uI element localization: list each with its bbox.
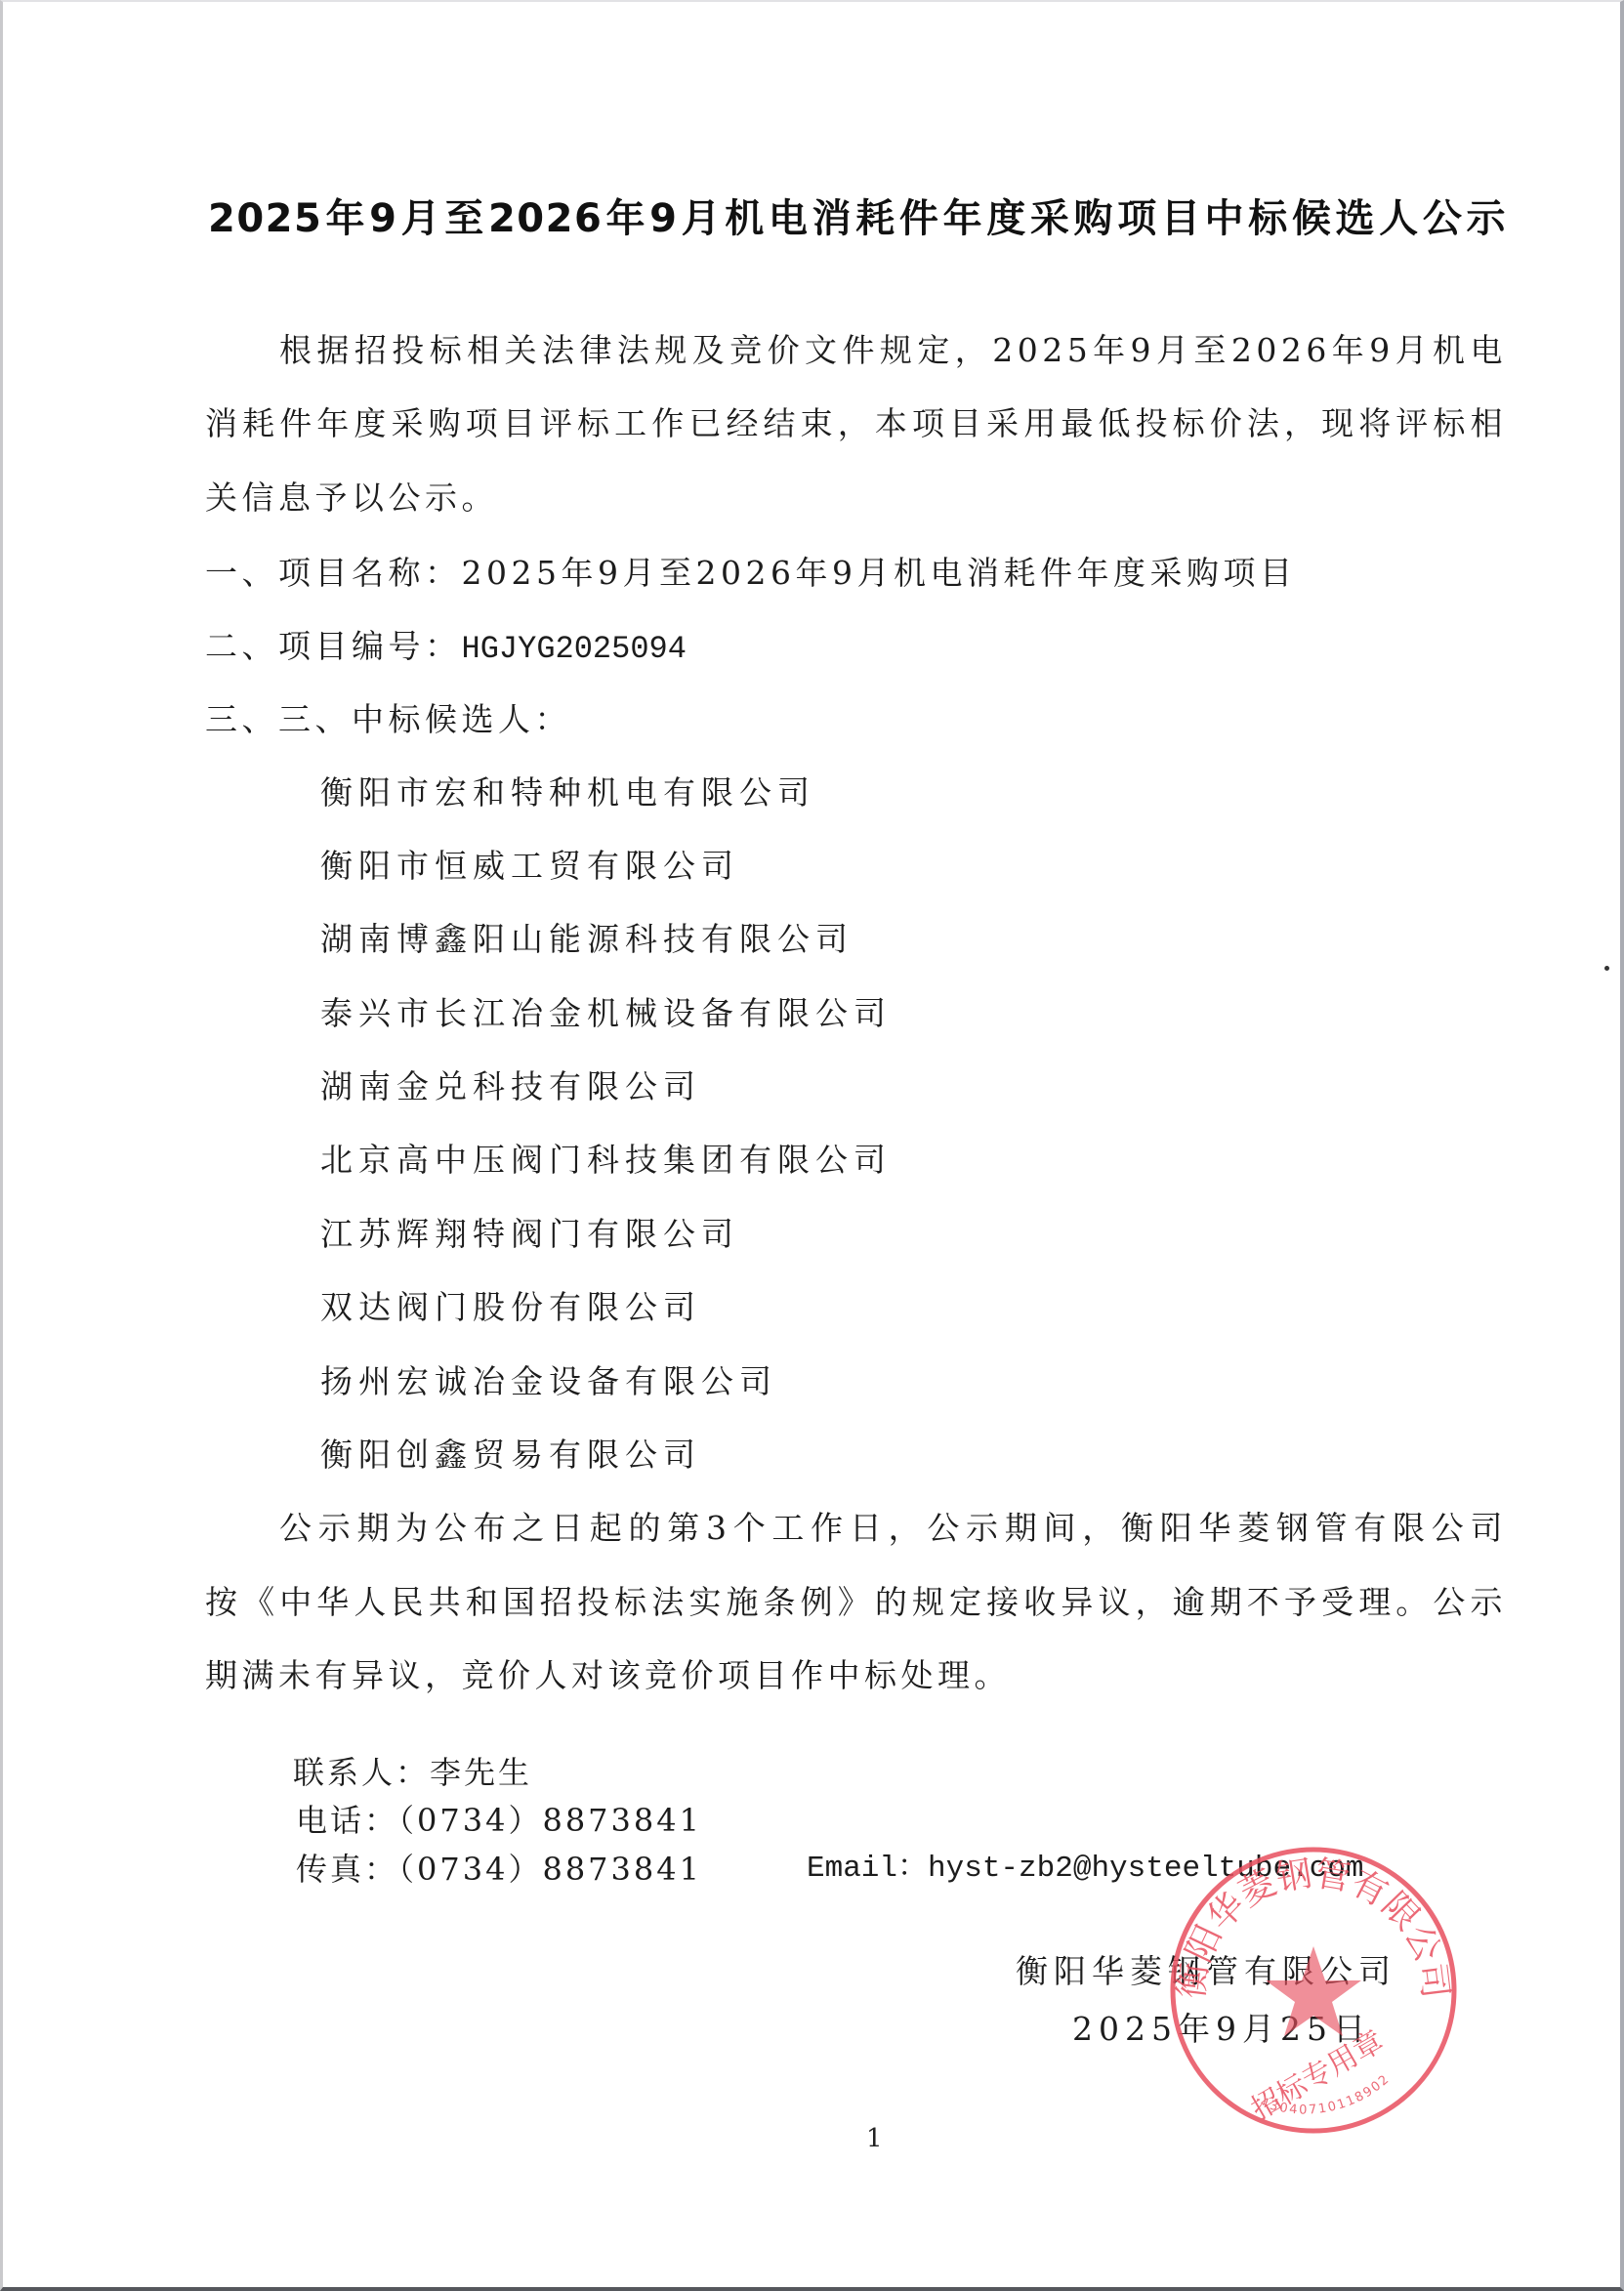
intro-line-3: 关信息予以公示。 — [205, 481, 1507, 514]
section-candidates-heading: 三、三、中标候选人： — [205, 703, 571, 735]
contact-email: Email：hyst-zb2@hysteeltube.com — [807, 1854, 1364, 1884]
section-project-number: 二、项目编号：HGJYG2025094 — [205, 630, 687, 665]
official-seal-stamp: 衡阳华菱钢管有限公司 招标专用章 43040710118902 — [1167, 1844, 1460, 2137]
notice-line-3: 期满未有异议，竞价人对该竞价项目作中标处理。 — [205, 1659, 1507, 1691]
candidate-item: 江苏辉翔特阀门有限公司 — [320, 1218, 739, 1250]
candidate-item: 衡阳市宏和特种机电有限公司 — [320, 776, 815, 809]
intro-line-2: 消耗件年度采购项目评标工作已经结束，本项目采用最低投标价法，现将评标相 — [205, 407, 1507, 439]
notice-line-2: 按《中华人民共和国招投标法实施条例》的规定接收异议，逾期不予受理。公示 — [205, 1586, 1507, 1618]
page-number: 1 — [866, 2126, 883, 2151]
section-label: 一、项目名称： — [205, 554, 462, 592]
contact-phone-value: （0734）8873841 — [398, 1802, 702, 1839]
candidate-item: 湖南博鑫阳山能源科技有限公司 — [320, 923, 854, 955]
candidate-item: 衡阳创鑫贸易有限公司 — [320, 1438, 701, 1471]
stamp-number: 43040710118902 — [1259, 2071, 1394, 2117]
contact-email-value[interactable]: hyst-zb2@hysteeltube.com — [928, 1852, 1363, 1886]
signature-company: 衡阳华菱钢管有限公司 — [1016, 1955, 1396, 1987]
candidate-item: 双达阀门股份有限公司 — [320, 1291, 701, 1323]
candidate-item: 北京高中压阀门科技集团有限公司 — [320, 1144, 892, 1176]
scan-speck — [1604, 966, 1609, 971]
document-page: 2025年9月至2026年9月机电消耗件年度采购项目中标候选人公示 根据招投标相… — [0, 0, 1624, 2291]
contact-phone: 电话：（0734）8873841 — [296, 1805, 702, 1836]
candidate-item: 衡阳市恒威工贸有限公司 — [320, 850, 739, 882]
contact-fax-label: 传真： — [296, 1851, 398, 1888]
contact-person-label: 联系人： — [293, 1754, 430, 1791]
section-project-name: 一、项目名称：2025年9月至2026年9月机电消耗件年度采购项目 — [205, 557, 1296, 589]
project-number-value: HGJYG2025094 — [462, 631, 687, 667]
section-label: 二、项目编号： — [205, 627, 462, 665]
candidate-item: 泰兴市长江冶金机械设备有限公司 — [320, 997, 892, 1029]
contact-email-label: Email： — [807, 1852, 928, 1886]
notice-line-1: 公示期为公布之日起的第3个工作日，公示期间，衡阳华菱钢管有限公司 — [279, 1512, 1507, 1544]
intro-line-1: 根据招投标相关法律法规及竞价文件规定，2025年9月至2026年9月机电 — [279, 334, 1507, 366]
contact-person-value: 李先生 — [430, 1754, 532, 1791]
contact-fax: 传真：（0734）8873841 — [296, 1854, 702, 1885]
contact-fax-value: （0734）8873841 — [398, 1851, 702, 1888]
contact-phone-label: 电话： — [296, 1802, 398, 1839]
signature-date: 2025年9月25日 — [1072, 2013, 1371, 2045]
project-name-value: 2025年9月至2026年9月机电消耗件年度采购项目 — [462, 554, 1297, 592]
document-title: 2025年9月至2026年9月机电消耗件年度采购项目中标候选人公示 — [208, 199, 1507, 238]
candidate-item: 扬州宏诚冶金设备有限公司 — [320, 1365, 777, 1397]
candidate-item: 湖南金兑科技有限公司 — [320, 1070, 701, 1103]
contact-person: 联系人：李先生 — [293, 1757, 532, 1788]
